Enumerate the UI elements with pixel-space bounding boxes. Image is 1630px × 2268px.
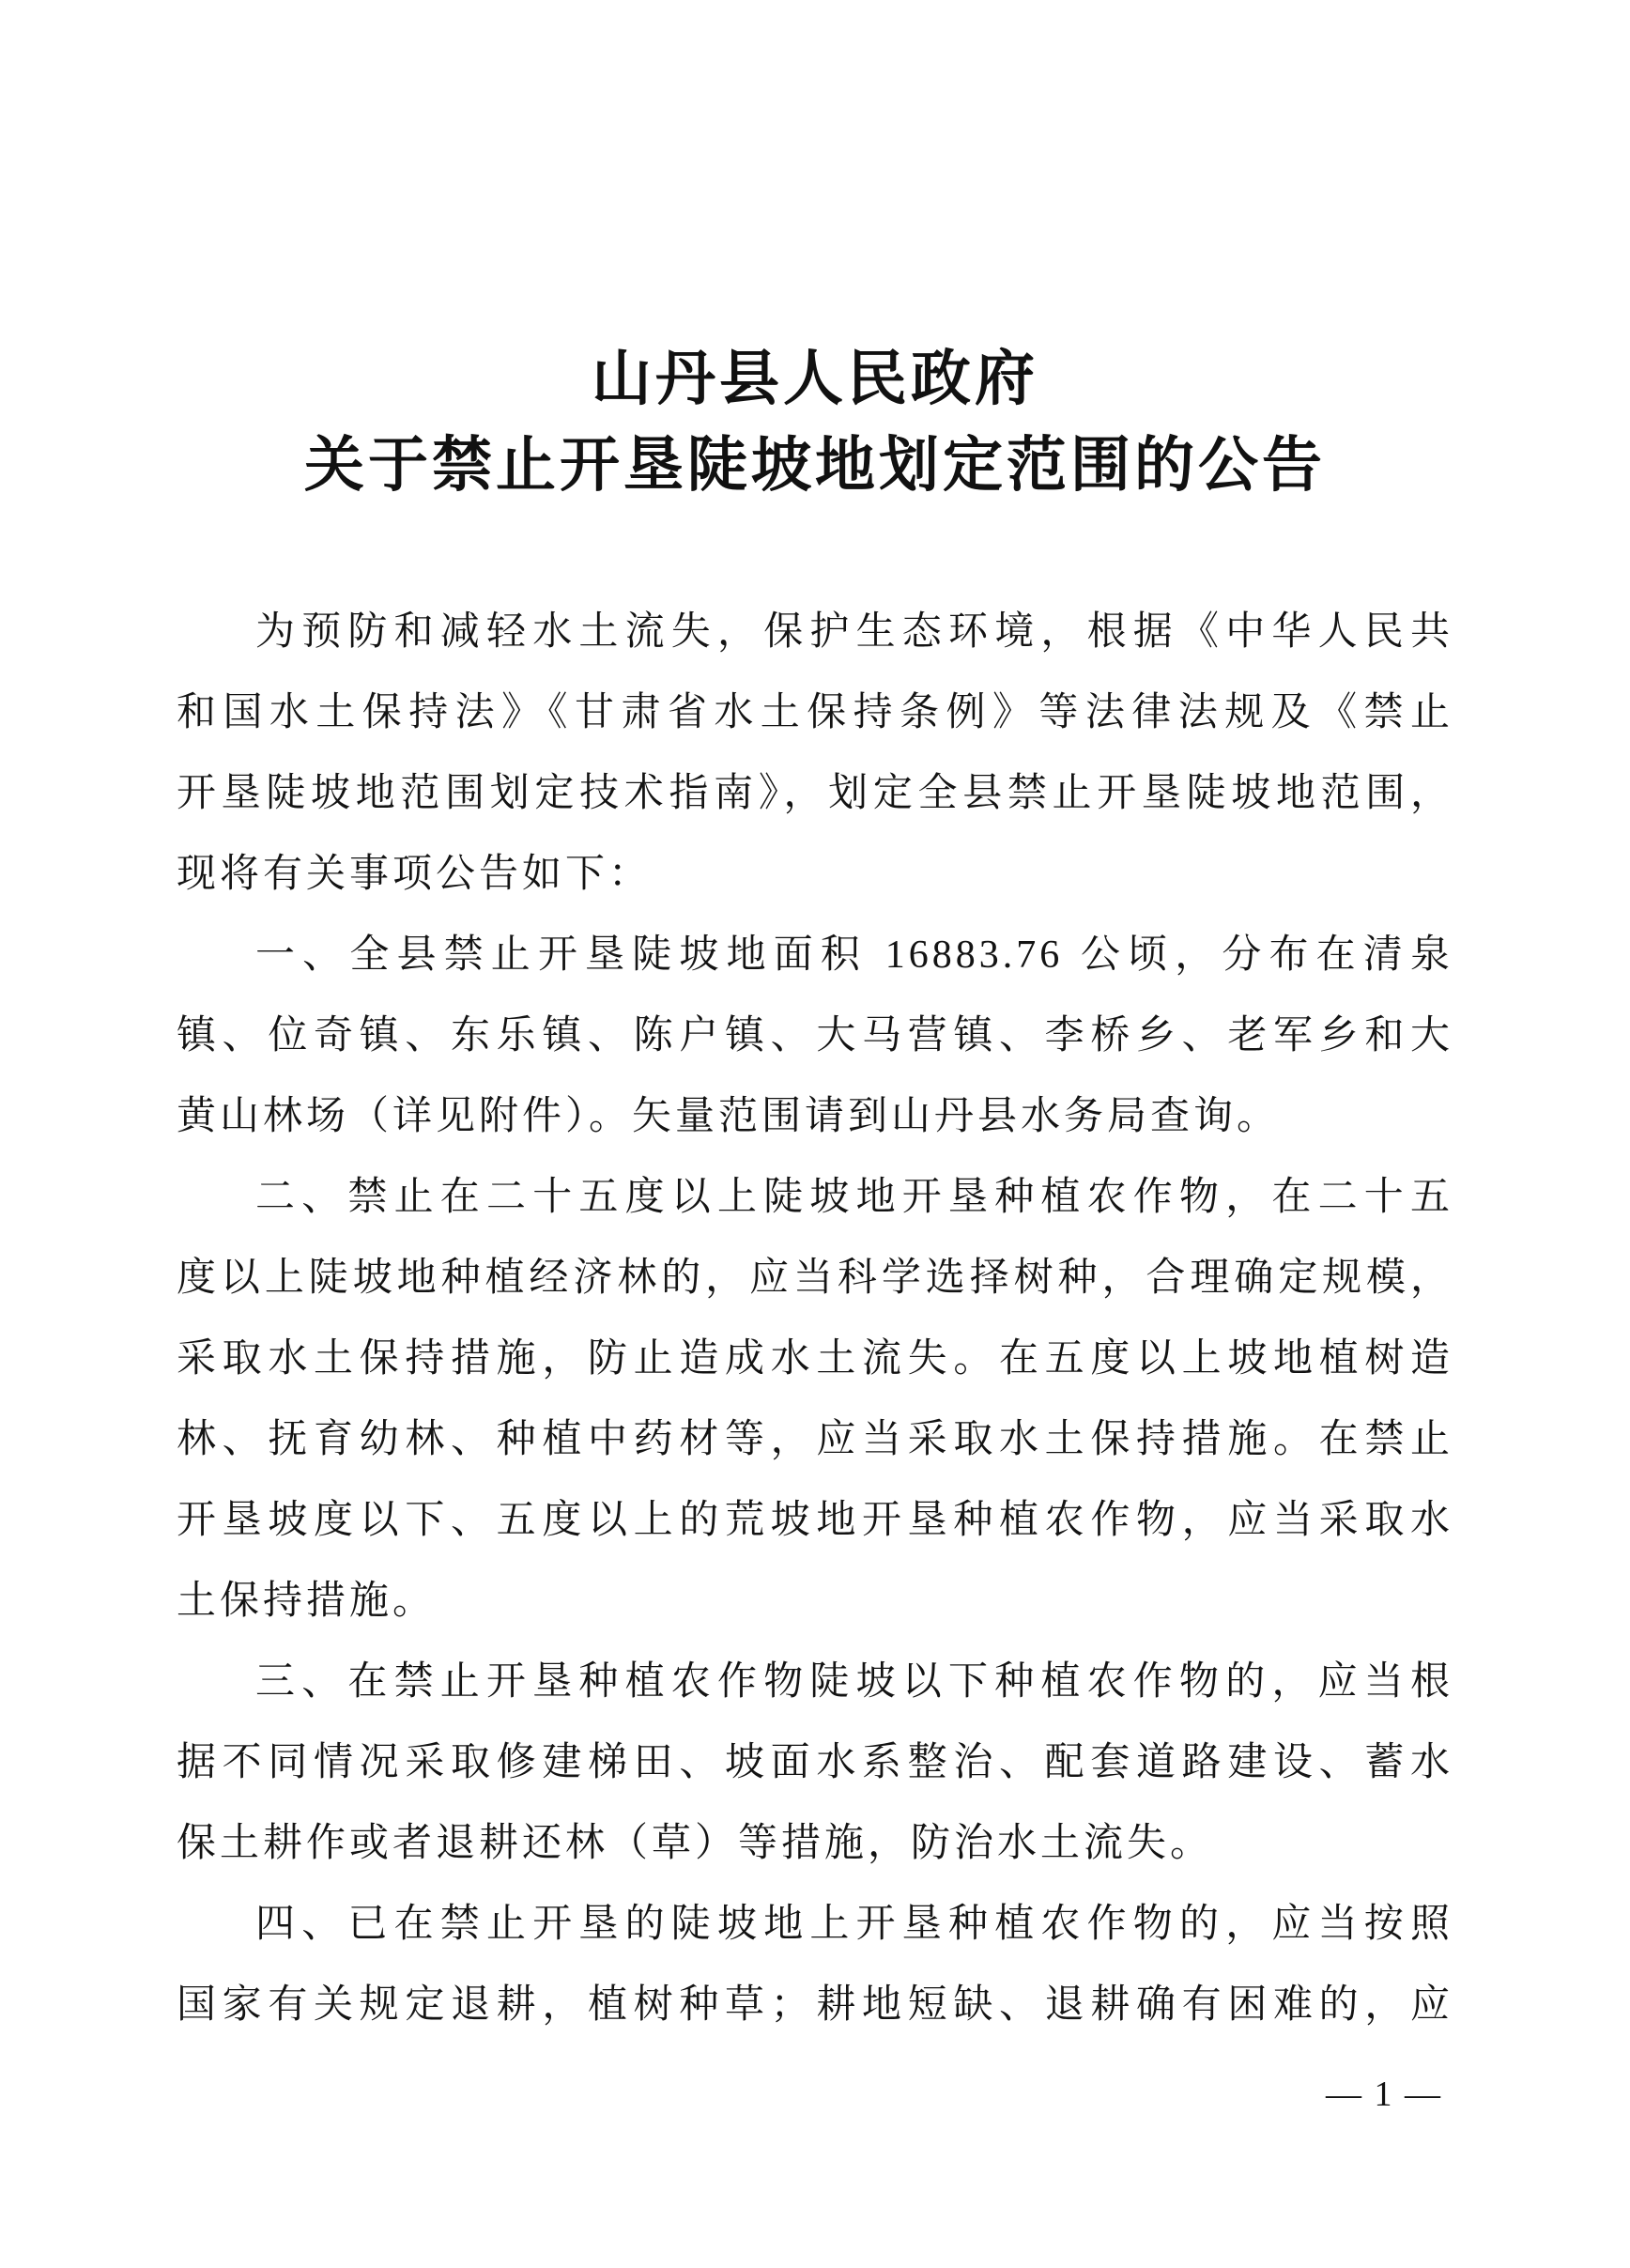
document-title: 山丹县人民政府 关于禁止开垦陡坡地划定范围的公告 — [0, 336, 1630, 509]
body-line: 土保持措施。 — [177, 1561, 1453, 1642]
title-line-1: 山丹县人民政府 — [0, 336, 1630, 423]
body-line: 三、在禁止开垦种植农作物陡坡以下种植农作物的，应当根 — [177, 1642, 1453, 1722]
body-line: 保土耕作或者退耕还林（草）等措施，防治水土流失。 — [177, 1803, 1453, 1884]
body-line: 和国水土保持法》《甘肃省水土保持条例》等法律法规及《禁止 — [177, 672, 1453, 753]
body-line: 开垦陡坡地范围划定技术指南》，划定全县禁止开垦陡坡地范围， — [177, 753, 1453, 834]
body-line: 一、全县禁止开垦陡坡地面积 16883.76 公顷，分布在清泉 — [177, 915, 1453, 995]
paragraph-item-1: 一、全县禁止开垦陡坡地面积 16883.76 公顷，分布在清泉镇、位奇镇、东乐镇… — [177, 915, 1453, 1157]
body-line: 现将有关事项公告如下： — [177, 834, 1453, 915]
body-line: 四、已在禁止开垦的陡坡地上开垦种植农作物的，应当按照 — [177, 1884, 1453, 1965]
paragraph-item-4: 四、已在禁止开垦的陡坡地上开垦种植农作物的，应当按照国家有关规定退耕，植树种草；… — [177, 1884, 1453, 2045]
paragraph-intro: 为预防和减轻水土流失，保护生态环境，根据《中华人民共和国水土保持法》《甘肃省水土… — [177, 592, 1453, 915]
document-page: 山丹县人民政府 关于禁止开垦陡坡地划定范围的公告 为预防和减轻水土流失，保护生态… — [0, 0, 1630, 2268]
title-line-2: 关于禁止开垦陡坡地划定范围的公告 — [0, 423, 1630, 509]
body-line: 度以上陡坡地种植经济林的，应当科学选择树种，合理确定规模， — [177, 1238, 1453, 1319]
paragraph-item-3: 三、在禁止开垦种植农作物陡坡以下种植农作物的，应当根据不同情况采取修建梯田、坡面… — [177, 1642, 1453, 1884]
page-footer: — 1 — — [1326, 2074, 1442, 2115]
body-line: 国家有关规定退耕，植树种草；耕地短缺、退耕确有困难的，应 — [177, 1965, 1453, 2045]
body-line: 采取水土保持措施，防止造成水土流失。在五度以上坡地植树造 — [177, 1319, 1453, 1399]
body-line: 镇、位奇镇、东乐镇、陈户镇、大马营镇、李桥乡、老军乡和大 — [177, 995, 1453, 1076]
body-line: 据不同情况采取修建梯田、坡面水系整治、配套道路建设、蓄水 — [177, 1722, 1453, 1803]
document-body: 为预防和减轻水土流失，保护生态环境，根据《中华人民共和国水土保持法》《甘肃省水土… — [177, 592, 1453, 2045]
page-number: — 1 — — [1326, 2075, 1442, 2114]
body-line: 黄山林场（详见附件）。矢量范围请到山丹县水务局查询。 — [177, 1076, 1453, 1157]
paragraph-item-2: 二、禁止在二十五度以上陡坡地开垦种植农作物，在二十五度以上陡坡地种植经济林的，应… — [177, 1157, 1453, 1642]
body-line: 为预防和减轻水土流失，保护生态环境，根据《中华人民共 — [177, 592, 1453, 672]
body-line: 林、抚育幼林、种植中药材等，应当采取水土保持措施。在禁止 — [177, 1399, 1453, 1480]
body-line: 二、禁止在二十五度以上陡坡地开垦种植农作物，在二十五 — [177, 1157, 1453, 1238]
body-line: 开垦坡度以下、五度以上的荒坡地开垦种植农作物，应当采取水 — [177, 1480, 1453, 1561]
